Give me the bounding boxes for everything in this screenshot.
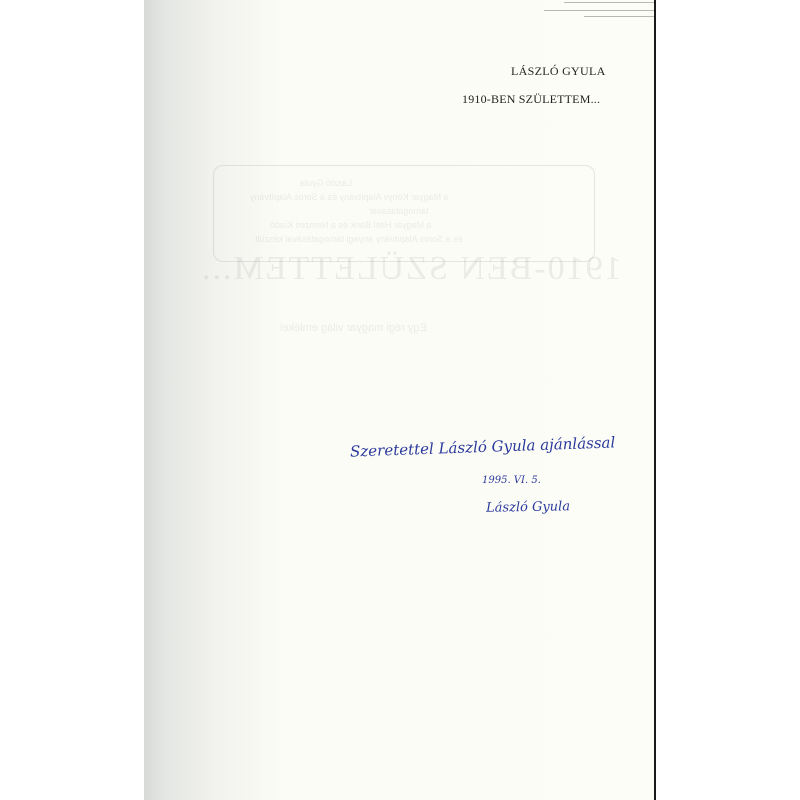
page-edge [654, 0, 656, 800]
book-page [144, 0, 655, 800]
page-stack-line [544, 10, 655, 11]
show-through-text: támogatásával [370, 206, 429, 216]
author-name: LÁSZLÓ GYULA [511, 64, 606, 79]
show-through-text: és a Soros Alapítvány anyagi támogatásáv… [255, 234, 463, 244]
handwritten-signature: László Gyula [486, 499, 570, 515]
show-through-text: László Gyula [300, 178, 352, 188]
handwritten-date: 1995. VI. 5. [482, 475, 541, 486]
show-through-title: 1910-BEN SZÜLETTEM... [200, 250, 622, 288]
show-through-subtitle: Egy régi magyar világ emlékei [280, 322, 427, 334]
book-title: 1910-BEN SZÜLETTEM... [462, 92, 600, 107]
page-stack-line [584, 16, 655, 17]
show-through-text: a Magyar Hitel Bank és a Nemzeti Kiadó [270, 220, 432, 230]
show-through-text: a Magyar Könyv Alapítvány és a Soros Ala… [250, 192, 449, 202]
page-stack-line [564, 2, 655, 3]
